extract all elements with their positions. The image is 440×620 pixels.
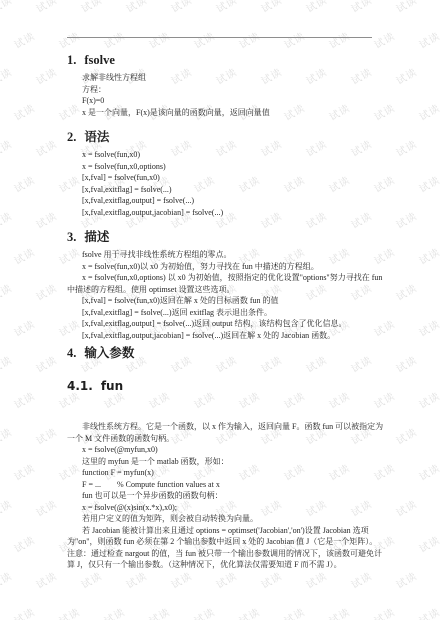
text-line: 这里的 myfun 是一个 matlab 函数，形如： [67, 456, 377, 468]
watermark-text: 试读 [303, 568, 330, 592]
watermark-text: 试读 [11, 172, 38, 196]
watermark-text: 试读 [281, 604, 308, 620]
watermark-text: 试读 [123, 568, 150, 592]
watermark-text: 试读 [416, 172, 440, 196]
watermark-text: 试读 [0, 208, 14, 232]
watermark-text: 试读 [0, 280, 14, 304]
watermark-text: 试读 [416, 460, 440, 484]
text-line: 为"on"，则函数 fun 必须在第 2 个输出参数中返回 x 处的 Jacob… [67, 536, 377, 548]
watermark-text: 试读 [393, 136, 420, 160]
watermark-text: 试读 [393, 352, 420, 376]
watermark-text: 试读 [33, 208, 60, 232]
watermark-text: 试读 [416, 316, 440, 340]
watermark-text: 试读 [0, 424, 14, 448]
text-line: [x,fval] = fsolve(fun,x0)返回在解 x 处的目标函数 f… [67, 295, 377, 307]
watermark-text: 试读 [393, 64, 420, 88]
text-line: function F = myfun(x) [67, 467, 377, 479]
text-line: [x,fval,exitflag] = fsolve(...)返回 exitfl… [67, 307, 377, 319]
section-number: 3. [67, 230, 76, 244]
watermark-text: 试读 [326, 604, 353, 620]
text-line: [x,fval] = fsolve(fun,x0) [67, 172, 377, 184]
watermark-text: 试读 [33, 136, 60, 160]
watermark-text: 试读 [416, 604, 440, 620]
section-heading: 2.语法 [67, 130, 377, 144]
watermark-text: 试读 [393, 568, 420, 592]
watermark-text: 试读 [416, 244, 440, 268]
watermark-text: 试读 [0, 0, 14, 15]
text-line: [x,fval,exitflag,output,jacobian] = fsol… [67, 330, 377, 342]
text-line: x = fsolve(@myfun,x0) [67, 444, 377, 456]
section-title: fun [101, 379, 123, 393]
watermark-text: 试读 [393, 280, 420, 304]
text-line: F = ... % Compute function values at x [67, 479, 377, 491]
text-line: 注意：通过检查 nargout 的值，当 fun 被只带一个输出参数调用的情况下… [67, 548, 377, 560]
text-line: 方程： [67, 84, 377, 96]
section-heading: 3.描述 [67, 230, 377, 244]
text-line: 一个 M 文件函数的函数句柄。 [67, 433, 377, 445]
text-line: 中描述的方程组。使用 optimset 设置这些选项。 [67, 284, 377, 296]
section-body: 求解非线性方程组方程：F(x)=0x 是一个向量，F(x)是该向量的函数向量，返… [67, 72, 377, 118]
text-line: x = fsolve(fun,x0) [67, 149, 377, 161]
watermark-text: 试读 [258, 568, 285, 592]
watermark-text: 试读 [371, 604, 398, 620]
watermark-text: 试读 [416, 28, 440, 52]
watermark-text: 试读 [0, 568, 14, 592]
text-line: F(x)=0 [67, 95, 377, 107]
section-number: 1. [67, 53, 76, 67]
watermark-text: 试读 [393, 208, 420, 232]
text-line: 求解非线性方程组 [67, 72, 377, 84]
section-title: 描述 [84, 230, 109, 244]
watermark-text: 试读 [33, 280, 60, 304]
watermark-text: 试读 [33, 0, 60, 15]
section-number: 4. [67, 346, 76, 360]
watermark-text: 试读 [56, 604, 83, 620]
watermark-text: 试读 [101, 604, 128, 620]
top-rule [67, 37, 372, 38]
watermark-text: 试读 [78, 568, 105, 592]
watermark-text: 试读 [33, 496, 60, 520]
watermark-text: 试读 [213, 568, 240, 592]
watermark-text: 试读 [0, 352, 14, 376]
section-body: x = fsolve(fun,x0)x = fsolve(fun,x0,opti… [67, 149, 377, 218]
section-body: fsolve 用于寻找非线性系统方程组的零点。x = fsolve(fun,x0… [67, 249, 377, 341]
watermark-text: 试读 [0, 64, 14, 88]
watermark-text: 试读 [11, 388, 38, 412]
watermark-text: 试读 [146, 604, 173, 620]
watermark-text: 试读 [236, 604, 263, 620]
watermark-text: 试读 [168, 568, 195, 592]
watermark-text: 试读 [393, 424, 420, 448]
text-line: 算 J，仅只有一个输出参数。（这种情况下，优化算法仅需要知道 F 而不需 J）。 [67, 559, 377, 571]
watermark-text: 试读 [11, 316, 38, 340]
text-line: x = fsolve(@(x)sin(x.*x),x0); [67, 502, 377, 514]
watermark-text: 试读 [393, 0, 420, 15]
sections: 1.fsolve求解非线性方程组方程：F(x)=0x 是一个向量，F(x)是该向… [67, 53, 377, 571]
section-title: 语法 [84, 130, 109, 144]
watermark-text: 试读 [11, 28, 38, 52]
watermark-text: 试读 [33, 424, 60, 448]
text-line: [x,fval,exitflag,output] = fsolve(...)返回… [67, 318, 377, 330]
watermark-text: 试读 [348, 568, 375, 592]
watermark-text: 试读 [0, 136, 14, 160]
section-body: 非线性系统方程。它是一个函数，以 x 作为输入，返回向量 F。函数 fun 可以… [67, 421, 377, 571]
section-heading: 4.输入参数 [67, 346, 377, 360]
text-line: x 是一个向量，F(x)是该向量的函数向量，返回向量值 [67, 107, 377, 119]
text-line: [x,fval,exitflag,output] = fsolve(...) [67, 195, 377, 207]
watermark-text: 试读 [416, 100, 440, 124]
text-line: fun 也可以是一个异步函数的函数句柄： [67, 490, 377, 502]
watermark-text: 试读 [33, 568, 60, 592]
page-content: 1.fsolve求解非线性方程组方程：F(x)=0x 是一个向量，F(x)是该向… [67, 0, 377, 571]
text-line: x = fsolve(fun,x0,options) 以 x0 为初始值，按照指… [67, 272, 377, 284]
text-line: fsolve 用于寻找非线性系统方程组的零点。 [67, 249, 377, 261]
watermark-text: 试读 [416, 532, 440, 556]
document-page: 试读试读试读试读试读试读试读试读试读试读试读试读试读试读试读试读试读试读试读试读… [0, 0, 440, 620]
section-number: 2. [67, 130, 76, 144]
watermark-text: 试读 [11, 100, 38, 124]
watermark-text: 试读 [33, 352, 60, 376]
watermark-text: 试读 [11, 604, 38, 620]
section-title: 输入参数 [84, 346, 134, 360]
watermark-text: 试读 [11, 460, 38, 484]
watermark-text: 试读 [11, 532, 38, 556]
watermark-text: 试读 [191, 604, 218, 620]
text-line: [x,fval,exitflag,output,jacobian] = fsol… [67, 207, 377, 219]
text-line: [x,fval,exitflag] = fsolve(...) [67, 184, 377, 196]
text-line: x = fsolve(fun,x0)以 x0 为初始值，努力寻找在 fun 中描… [67, 261, 377, 273]
text-line: x = fsolve(fun,x0,options) [67, 161, 377, 173]
text-line: 非线性系统方程。它是一个函数，以 x 作为输入，返回向量 F。函数 fun 可以… [67, 421, 377, 433]
section-heading: 4.1.fun [67, 379, 377, 393]
watermark-text: 试读 [393, 496, 420, 520]
watermark-text: 试读 [11, 244, 38, 268]
watermark-text: 试读 [33, 64, 60, 88]
watermark-text: 试读 [416, 388, 440, 412]
watermark-text: 试读 [0, 496, 14, 520]
text-line: 若 Jacobian 能被计算出来且通过 options = optimset(… [67, 525, 377, 537]
section-title: fsolve [84, 53, 115, 67]
section-number: 4.1. [67, 379, 93, 393]
section-heading: 1.fsolve [67, 53, 377, 67]
text-line: 若用户定义的值为矩阵，则会被自动转换为向量。 [67, 513, 377, 525]
